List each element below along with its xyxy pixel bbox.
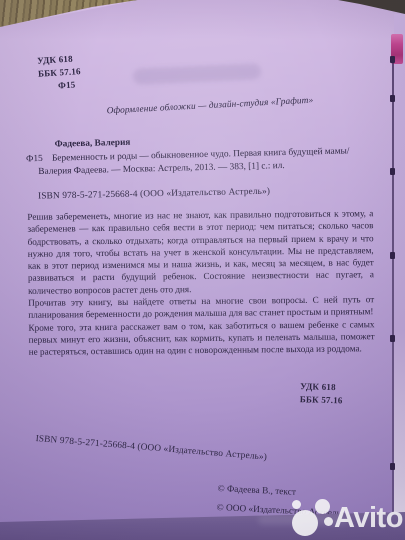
avito-watermark: Avito (282, 496, 405, 540)
annotation-paragraph: Прочитав эту книгу, вы найдете ответы на… (28, 293, 374, 321)
catalog-card: Фадеева, Валерия Ф15 Беременность и роды… (28, 131, 379, 180)
page-edge-strip (394, 14, 405, 540)
edge-tick-mark (390, 252, 395, 259)
bottom-codes-block: УДК 618 ББК 57.16 (300, 380, 361, 408)
avito-logo-icon (292, 500, 301, 509)
avito-logo-icon (324, 517, 333, 526)
catalog-code: Ф15 (26, 152, 43, 166)
avito-wordmark: Avito (334, 502, 403, 535)
top-codes-block: УДК 618 ББК 57.16 Ф15 (37, 51, 95, 93)
edge-tick-mark (390, 463, 395, 470)
avito-logo-icon (292, 510, 318, 536)
annotation-paragraph: Решив забеременеть, многие из нас не зна… (27, 207, 374, 297)
annotation-block: Решив забеременеть, многие из нас не зна… (27, 207, 375, 358)
edge-tick-mark (390, 56, 395, 63)
edge-tick-mark (390, 335, 395, 342)
annotation-paragraph: Кроме того, эта книга расскажет вам о то… (28, 318, 374, 359)
book-page-photo: УДК 618 ББК 57.16 Ф15 Оформление обложки… (0, 0, 405, 540)
page-edge-line (392, 60, 394, 512)
edge-tick-mark (390, 95, 395, 102)
edge-tick-mark (390, 168, 395, 175)
avito-logo-icon (315, 499, 330, 514)
bottom-bbk-code: ББК 57.16 (300, 393, 360, 408)
